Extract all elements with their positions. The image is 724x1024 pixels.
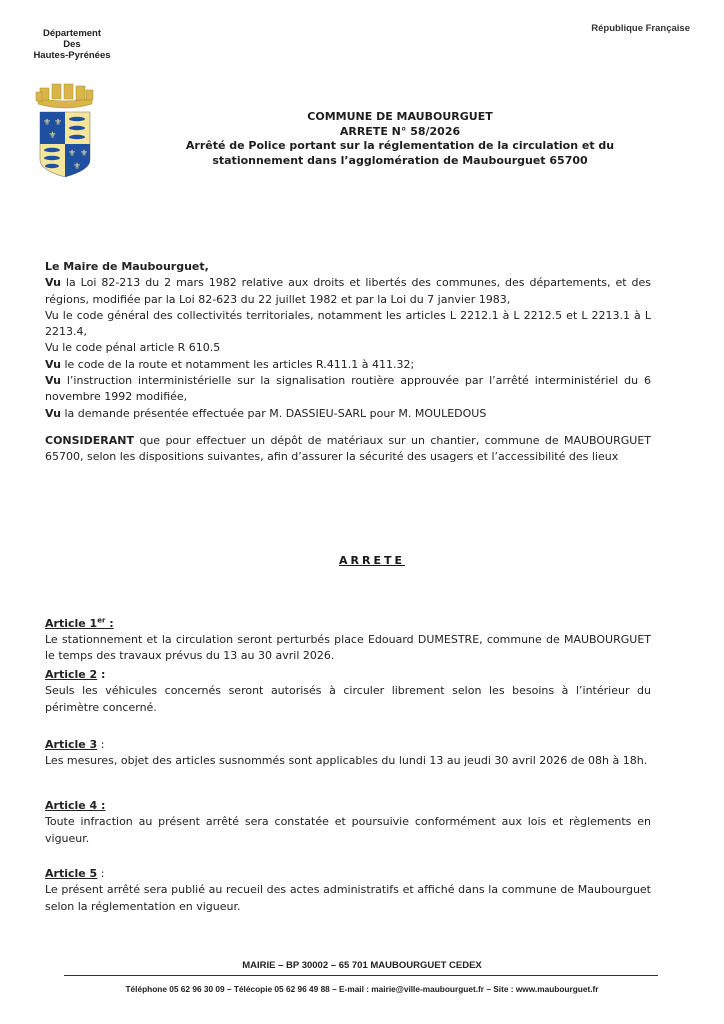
article-title: Article 2: [45, 668, 97, 681]
article: Article 1er : Le stationnement et la cir…: [45, 612, 651, 665]
preamble: Le Maire de Maubourguet, Vu la Loi 82-21…: [45, 259, 651, 422]
department-line: Département: [20, 28, 124, 39]
considerant: CONSIDERANT que pour effectuer un dépôt …: [45, 433, 651, 466]
article: Article 4 : Toute infraction au présent …: [45, 798, 651, 847]
department-label: Département Des Hautes-Pyrénées: [20, 28, 124, 61]
vu-clause: Vu la Loi 82-213 du 2 mars 1982 relative…: [45, 275, 651, 308]
article: Article 3 : Les mesures, objet des artic…: [45, 737, 651, 770]
article-title: Article 3: [45, 738, 97, 751]
article-text: Seuls les véhicules concernés seront aut…: [45, 683, 651, 716]
article: Article 2 : Seuls les véhicules concerné…: [45, 667, 651, 716]
preamble-title: Le Maire de Maubourguet,: [45, 260, 209, 273]
article-title: Article 4: [45, 799, 97, 812]
vu-clause: Vu l’instruction interministérielle sur …: [45, 373, 651, 406]
department-line: Hautes-Pyrénées: [20, 50, 124, 61]
document-header: COMMUNE DE MAUBOURGUET ARRETE N° 58/2026…: [180, 110, 620, 168]
vu-clause: Vu le code de la route et notamment les …: [45, 357, 651, 373]
svg-text:⚜: ⚜: [54, 118, 62, 128]
department-line: Des: [20, 39, 124, 50]
subject-line: Arrêté de Police portant sur la réglemen…: [180, 139, 620, 154]
commune-title: COMMUNE DE MAUBOURGUET: [180, 110, 620, 125]
article-text: Toute infraction au présent arrêté sera …: [45, 814, 651, 847]
footer-address: MAIRIE – BP 30002 – 65 701 MAUBOURGUET C…: [0, 960, 724, 971]
coat-of-arms-icon: ⚜⚜⚜ ⚜⚜⚜: [34, 78, 96, 178]
article: Article 5 : Le présent arrêté sera publi…: [45, 866, 651, 915]
footer-divider: [64, 975, 658, 976]
footer-contact: Téléphone 05 62 96 30 09 – Télécopie 05 …: [0, 984, 724, 994]
article-title: Article 1: [45, 617, 97, 630]
svg-text:⚜: ⚜: [43, 118, 51, 128]
svg-text:⚜: ⚜: [80, 149, 88, 159]
republique-label: République Française: [591, 23, 690, 34]
vu-clause: Vu le code général des collectivités ter…: [45, 308, 651, 341]
article-text: Le présent arrêté sera publié au recueil…: [45, 882, 651, 915]
article-text: Le stationnement et la circulation seron…: [45, 632, 651, 665]
article-text: Les mesures, objet des articles susnommé…: [45, 753, 651, 769]
arrete-heading: ARRETE: [0, 554, 724, 567]
subject-line: stationnement dans l’agglomération de Ma…: [180, 154, 620, 169]
svg-text:⚜: ⚜: [68, 149, 76, 159]
svg-text:⚜: ⚜: [48, 131, 56, 141]
vu-clause: Vu la demande présentée effectuée par M.…: [45, 406, 651, 422]
article-title: Article 5: [45, 867, 97, 880]
svg-text:⚜: ⚜: [73, 162, 81, 172]
vu-clause: Vu le code pénal article R 610.5: [45, 340, 651, 356]
arrete-number: ARRETE N° 58/2026: [180, 125, 620, 140]
